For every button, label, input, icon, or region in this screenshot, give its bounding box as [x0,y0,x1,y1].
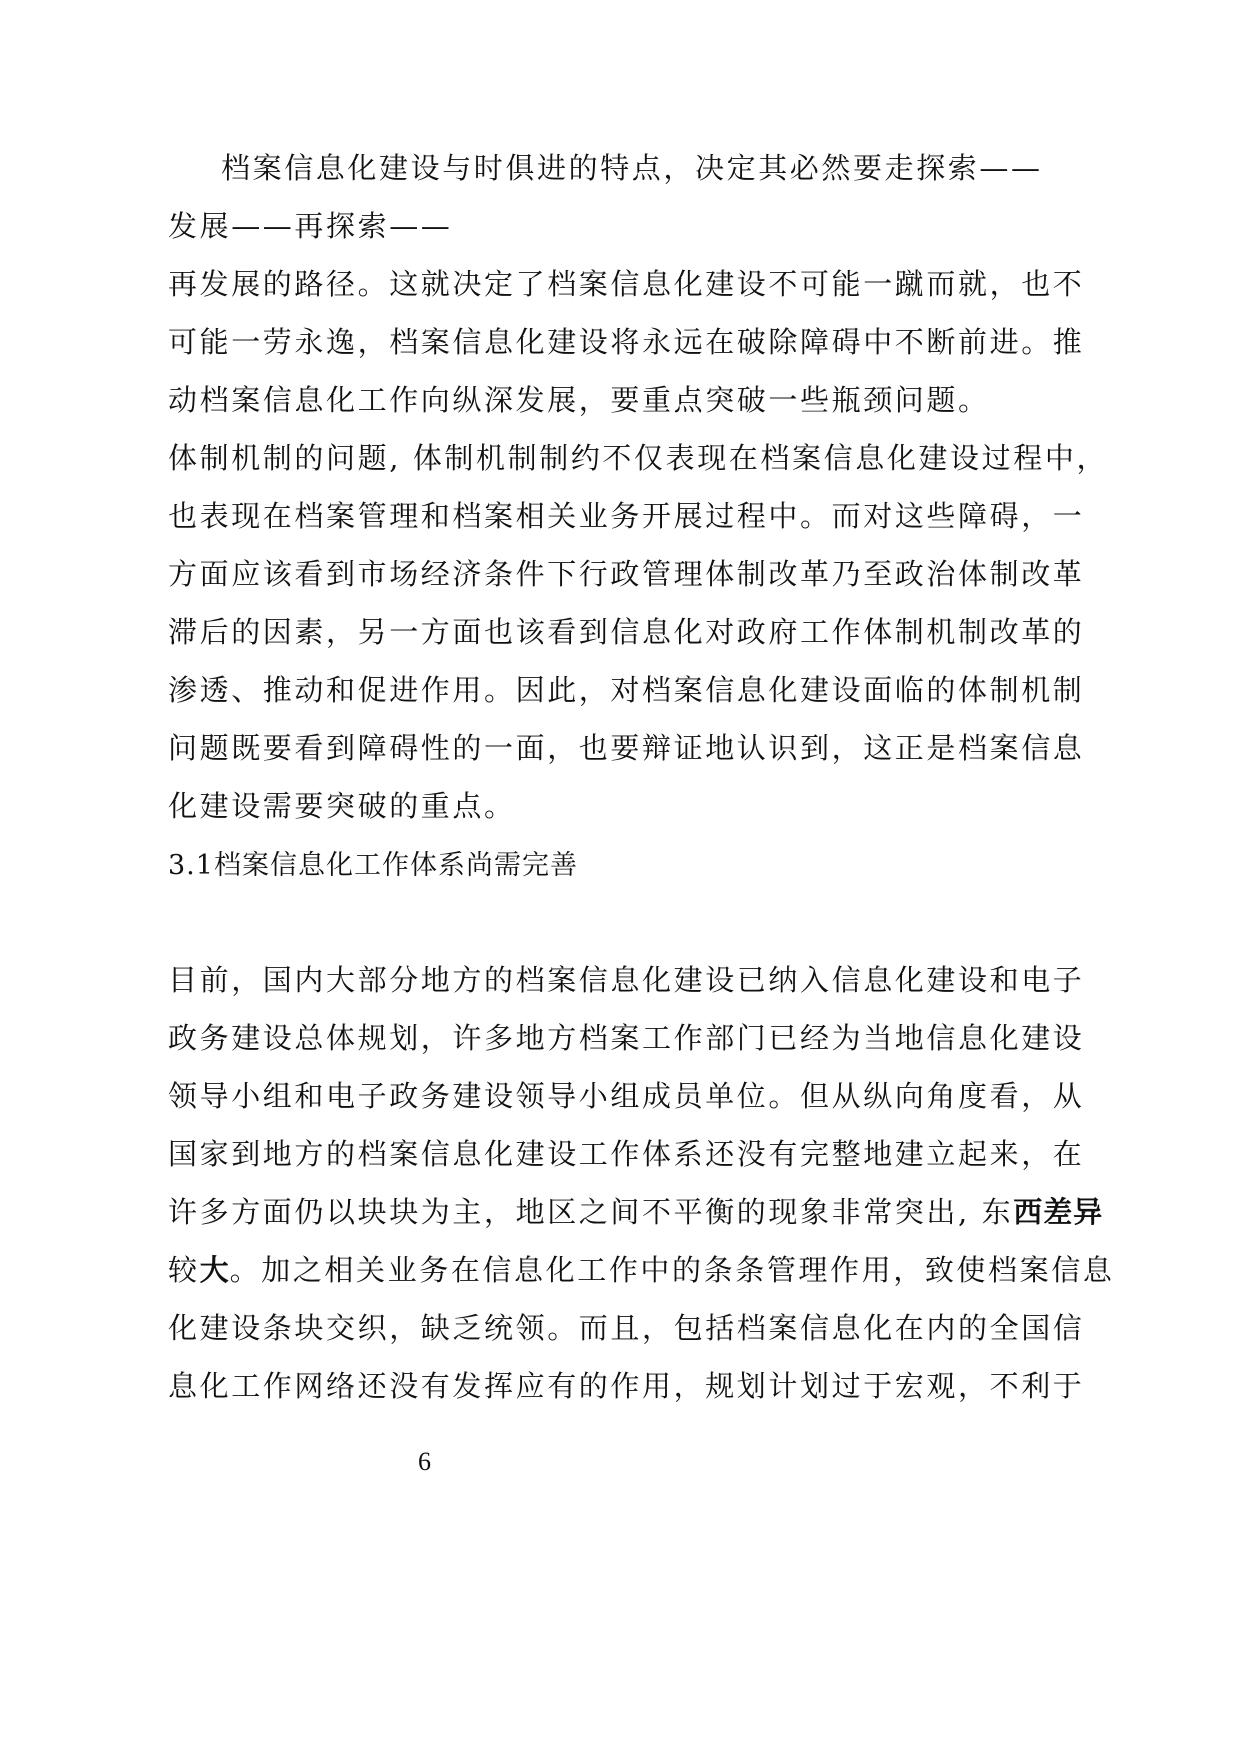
page-number: 6 [0,1447,1241,1477]
text-bold: 大 [200,1253,230,1287]
paragraph-line: 体制机制的问题, 体制机制制约不仅表现在档案信息化建设过程中， [168,440,1108,476]
paragraph-line-mixed: 较大。加之相关业务在信息化工作中的条条管理作用，致使档案信息 [168,1252,1114,1288]
paragraph-line: 也表现在档案管理和档案相关业务开展过程中。而对这些障碍，一 [168,498,1084,534]
paragraph-line: 发展——再探索—— [168,208,452,244]
paragraph-line: 政务建设总体规划，许多地方档案工作部门已经为当地信息化建设 [168,1020,1084,1056]
paragraph-line: 化建设条块交织，缺乏统领。而且，包括档案信息化在内的全国信 [168,1310,1084,1346]
paragraph-line: 问题既要看到障碍性的一面，也要辩证地认识到，这正是档案信息 [168,730,1084,766]
document-page: 档案信息化建设与时俱进的特点，决定其必然要走探索—— 发展——再探索—— 再发展… [0,0,1241,1754]
paragraph-line-mixed: 许多方面仍以块块为主，地区之间不平衡的现象非常突出, 东西差异 [168,1194,1103,1230]
text-normal: 较 [168,1253,200,1287]
paragraph-line: 再发展的路径。这就决定了档案信息化建设不可能一蹴而就，也不 [168,266,1084,302]
text-normal: 许多方面仍以块块为主，地区之间不平衡的现象非常突出, 东 [168,1195,1013,1229]
paragraph-line: 目前，国内大部分地方的档案信息化建设已纳入信息化建设和电子 [168,962,1084,998]
paragraph-line: 可能一劳永逸，档案信息化建设将永远在破除障碍中不断前进。推 [168,324,1084,360]
paragraph-line: 动档案信息化工作向纵深发展，要重点突破一些瓶颈问题。 [168,382,990,418]
paragraph-line: 化建设需要突破的重点。 [168,788,516,824]
paragraph-line: 国家到地方的档案信息化建设工作体系还没有完整地建立起来，在 [168,1136,1084,1172]
paragraph-line: 档案信息化建设与时俱进的特点，决定其必然要走探索—— [221,150,1043,186]
text-bold: 西差异 [1013,1195,1103,1229]
paragraph-line: 领导小组和电子政务建设领导小组成员单位。但从纵向角度看，从 [168,1078,1084,1114]
paragraph-line: 方面应该看到市场经济条件下行政管理体制改革乃至政治体制改革 [168,556,1084,592]
text-normal: 。加之相关业务在信息化工作中的条条管理作用，致使档案信息 [230,1253,1115,1287]
paragraph-line: 息化工作网络还没有发挥应有的作用，规划计划过于宏观，不利于 [168,1368,1084,1404]
paragraph-line: 滞后的因素，另一方面也该看到信息化对政府工作体制机制改革的 [168,614,1084,650]
paragraph-line: 渗透、推动和促进作用。因此，对档案信息化建设面临的体制机制 [168,672,1084,708]
section-heading: 3.1档案信息化工作体系尚需完善 [168,848,578,884]
